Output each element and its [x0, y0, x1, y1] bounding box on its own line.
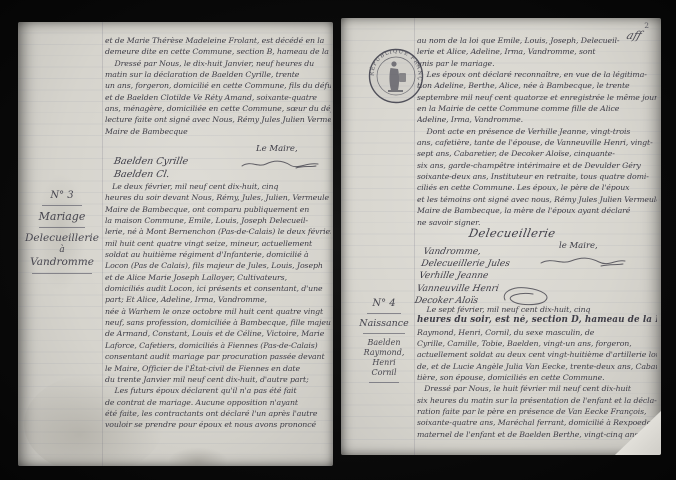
act-line: née à Warhem le onze octobre mil huit ce… — [105, 306, 331, 317]
witness-signature: Verhille Jeanne — [418, 270, 509, 282]
signature-baelden-cyrille: Baelden Cyrille — [113, 156, 189, 167]
act-line: et de Alice Marie Joseph Lalloyer, Culti… — [105, 272, 331, 283]
act-line: tion Adeline, Berthe, Alice, née à Bambe… — [417, 80, 657, 91]
signature-baelden-cl: Baelden Cl. — [113, 169, 170, 180]
act-line: demeure dite en cette Commune, section B… — [105, 46, 331, 57]
margin-rule — [363, 333, 405, 334]
act-line: six heures du matin sur la présentation … — [417, 395, 657, 406]
act-line: ans, ménagère, domiciliée en cette Commu… — [105, 103, 331, 114]
witness-signature: Vanneuville Henri — [416, 283, 507, 295]
act-line: Les époux ont déclaré reconnaître, en vu… — [417, 69, 657, 80]
maire-signature-flourish — [539, 254, 627, 268]
act-type: Naissance — [353, 318, 415, 329]
witness-signature: Delecueillerie Jules — [420, 258, 511, 270]
act-line: soixante-quatre ans, Maréchal ferrant, d… — [417, 417, 657, 428]
child-name: BaeldenRaymond, HenriCornil — [353, 338, 415, 378]
maire-label: Le Maire, — [256, 144, 298, 154]
margin-rule — [32, 273, 92, 274]
maire-label: le Maire, — [559, 241, 598, 251]
margin-rule — [367, 313, 401, 314]
maire-signature-flourish — [240, 157, 320, 171]
act-line: septembre mil neuf cent quatorze et enre… — [417, 92, 657, 103]
act-line: neuf, sans profession, domiciliée à Bamb… — [105, 317, 331, 328]
act-type: Mariage — [22, 210, 102, 223]
margin-rule — [42, 205, 82, 206]
paper-stain — [168, 447, 228, 466]
marriage-act-continued-text: au nom de la loi que Emile, Louis, Josep… — [417, 35, 657, 228]
margin-note-act-4: N° 4 Naissance BaeldenRaymond, HenriCorn… — [353, 298, 415, 387]
act-line: tière, son épouse, domiciliés en cette C… — [417, 372, 657, 383]
act-line: Le sept février, mil neuf cent dix-huit,… — [417, 304, 657, 315]
act-line: lerie et Alice, Adeline, Irma, Vandromme… — [417, 46, 657, 57]
act-line: unis par le mariage. — [417, 58, 657, 69]
child-name-line: Raymond, Henri — [353, 348, 415, 368]
act-line: du trente Janvier mil neuf cent dix-huit… — [105, 374, 331, 385]
act-line: de Armand, Constant, Louis et de Céline,… — [105, 328, 331, 339]
act-line: de contrat de mariage. Aucune opposition… — [105, 397, 331, 408]
register-scan: et de Marie Thérèse Madeleine Frolant, e… — [0, 0, 676, 480]
conjunction: à — [22, 245, 102, 256]
witness-signatures: Vandromme,Delecueillerie JulesVerhille J… — [414, 246, 513, 307]
act-line: Le deux février, mil neuf cent dix-huit,… — [105, 181, 331, 192]
act-line: lerie, né à Mont Bernenchon (Pas-de-Cala… — [105, 226, 331, 237]
margin-rule — [369, 382, 399, 383]
marriage-act-text: Le deux février, mil neuf cent dix-huit,… — [105, 181, 331, 431]
act-line: et les témoins ont signé avec nous, Rémy… — [417, 194, 657, 205]
act-line: et de Baelden Clotilde Ve Réty Amand, so… — [105, 92, 331, 103]
register-page-left: et de Marie Thérèse Madeleine Frolant, e… — [18, 22, 333, 466]
child-name-line: Cornil — [353, 368, 415, 378]
party-name-bride: Vandromme — [22, 256, 102, 269]
act-line: Dressé par Nous, le dix-huit Janvier, ne… — [105, 58, 331, 69]
act-line: Dressé par Nous, le huit février mil neu… — [417, 383, 657, 394]
register-page-right: 2 aff RÉPUBLIQUE FRANÇAISE au nom de la … — [341, 18, 661, 455]
act-line: Les futurs époux déclarent qu'il n'a pas… — [105, 385, 331, 396]
act-line: en la Mairie de cette Commune comme fill… — [417, 103, 657, 114]
act-line: soixante-deux ans, Instituteur en retrai… — [417, 171, 657, 182]
witness-signature: Vandromme, — [422, 246, 513, 258]
act-line: matin sur la déclaration de Baelden Cyri… — [105, 69, 331, 80]
act-line: maternel de l'enfant et de Baelden Berth… — [417, 429, 657, 440]
act-line: mil huit cent quatre vingt seize, mineur… — [105, 238, 331, 249]
act-line: Maire de Bambecque, ont comparu publique… — [105, 204, 331, 215]
act-number: N° 3 — [22, 190, 102, 201]
act-line: domiciliés audit Locon, ici présents et … — [105, 283, 331, 294]
act-line: le Maire, Officier de l'État-civil de Fi… — [105, 363, 331, 374]
act-line: part; Et Alice, Adeline, Irma, Vandromme… — [105, 294, 331, 305]
act-line: ration faite par le père en présence de … — [417, 406, 657, 417]
child-name-line: Baelden — [353, 338, 415, 348]
act-number: N° 4 — [353, 298, 415, 309]
act-line: et de Marie Thérèse Madeleine Frolant, e… — [105, 35, 331, 46]
act-line: lecture faite ont signé avec Nous, Rémy … — [105, 114, 331, 125]
act-line: au nom de la loi que Emile, Louis, Josep… — [417, 35, 657, 46]
margin-rule — [39, 227, 85, 228]
act-line: heures du soir devant Nous, Rémy, Jules,… — [105, 192, 331, 203]
page-number: 2 — [644, 21, 649, 30]
death-act-text: et de Marie Thérèse Madeleine Frolant, e… — [105, 35, 331, 137]
act-line: soldat au huitième régiment d'Infanterie… — [105, 249, 331, 260]
margin-rule-vertical — [102, 22, 103, 466]
act-line: Locon (Pas de Calais), fils majeur de Ju… — [105, 260, 331, 271]
act-line: consentant audit mariage par procuration… — [105, 351, 331, 362]
act-line: heures du soir, est né, section D, hamea… — [417, 315, 657, 326]
act-line: Raymond, Henri, Cornil, du sexe masculin… — [417, 327, 657, 338]
act-line: un ans, forgeron, domicilié en cette Com… — [105, 80, 331, 91]
act-line: sept ans, Cabaretier, de Decoker Aloïse,… — [417, 148, 657, 159]
act-line: été faite, les contractants ont déclaré … — [105, 408, 331, 419]
act-line: actuellement soldat au deux cent vingt-h… — [417, 349, 657, 360]
act-line: ciliés en cette Commune. Les époux, le p… — [417, 182, 657, 193]
birth-act-text: Le sept février, mil neuf cent dix-huit,… — [417, 304, 657, 440]
act-line: la maison Commune, Emile, Louis, Joseph … — [105, 215, 331, 226]
act-line: six ans, garde-champêtre intérimaire et … — [417, 160, 657, 171]
act-line: Maire de Bambecque — [105, 126, 331, 137]
margin-note-act-3: N° 3 Mariage Delecueillerie à Vandromme — [22, 190, 102, 278]
act-line: Cyrille, Camille, Tobie, Baelden, vingt-… — [417, 338, 657, 349]
act-line: vouloir se prendre pour époux et nous av… — [105, 419, 331, 430]
party-name-groom: Delecueillerie — [22, 232, 102, 245]
act-line: de, et de Lucie Angèle Julia Van Eecke, … — [417, 361, 657, 372]
act-line: Laforce, Cafetiers, domiciliés à Fiennes… — [105, 340, 331, 351]
signature-groom: Delecueillerie — [468, 226, 557, 240]
act-line: Dont acte en présence de Verhille Jeanne… — [417, 126, 657, 137]
act-line: Adeline, Irma, Vandromme. — [417, 114, 657, 125]
act-line: Maire de Bambecque, la mère de l'époux a… — [417, 205, 657, 216]
act-line: ans, cafetière, tante de l'épouse, de Va… — [417, 137, 657, 148]
